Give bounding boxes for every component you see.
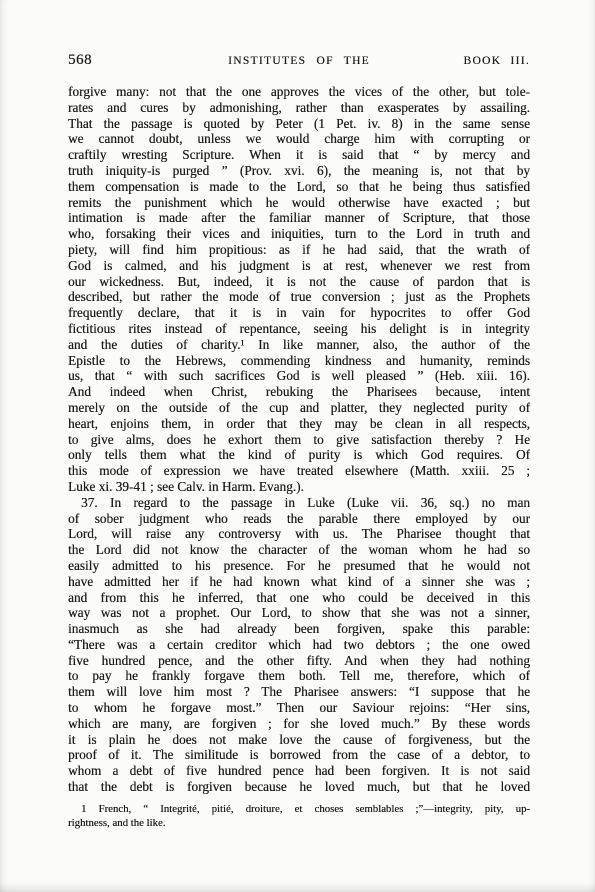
text-line: it is plain he does not make love the ca… — [68, 732, 530, 748]
text-line: inasmuch as she had already been forgive… — [68, 621, 530, 637]
book-label: BOOK III. — [450, 55, 530, 67]
text-line: Luke xi. 39-41 ; see Calv. in Harm. Evan… — [68, 479, 530, 495]
text-line: remits the punishment which he would oth… — [68, 195, 530, 211]
page-header: 568 INSTITUTES OF THE BOOK III. — [68, 52, 530, 69]
text-line: rightness, and the like. — [68, 817, 530, 831]
text-line: frequently declare, that it is in vain f… — [68, 305, 530, 321]
text-line: and the duties of charity.¹ In like mann… — [68, 337, 530, 353]
text-line: piety, will find him propitious: as if h… — [68, 242, 530, 258]
text-line: rates and cures by admonishing, rather t… — [68, 100, 530, 116]
text-line: fictitious rites instead of repentance, … — [68, 321, 530, 337]
text-line: described, but rather the mode of true c… — [68, 289, 530, 305]
text-line: God is calmed, and his judgment is at re… — [68, 258, 530, 274]
text-line: the Lord did not know the character of t… — [68, 542, 530, 558]
page-body: forgive many: not that the one approves … — [68, 84, 530, 830]
running-title: INSTITUTES OF THE — [148, 55, 450, 67]
text-line: to whom he forgave most.” Then our Savio… — [68, 700, 530, 716]
text-line: whom a debt of five hundred pence had be… — [68, 763, 530, 779]
text-line: That the passage is quoted by Peter (1 P… — [68, 116, 530, 132]
text-line: easily admitted to his presence. For he … — [68, 558, 530, 574]
text-line: have admitted her if he had known what k… — [68, 574, 530, 590]
text-line: of sober judgment who reads the parable … — [68, 511, 530, 527]
text-line: craftily wresting Scripture. When it is … — [68, 147, 530, 163]
footnote: 1 French, “ Integrité, pitié, droiture, … — [68, 803, 530, 831]
text-line: intimation is made after the familiar ma… — [68, 210, 530, 226]
text-line: forgive many: not that the one approves … — [68, 84, 530, 100]
text-line: and from this he inferred, that one who … — [68, 590, 530, 606]
text-line: proof of it. The similitude is borrowed … — [68, 747, 530, 763]
text-line: Lord, will raise any controversy with us… — [68, 526, 530, 542]
text-line: us, that “ with such sacrifices God is w… — [68, 368, 530, 384]
text-line: heart, enjoins them, in order that they … — [68, 416, 530, 432]
text-line: to give alms, does he exhort them to giv… — [68, 432, 530, 448]
text-line: who, forsaking their vices and iniquitie… — [68, 226, 530, 242]
paragraph-1: forgive many: not that the one approves … — [68, 84, 530, 495]
text-line: that the debt is forgiven because he lov… — [68, 779, 530, 795]
text-line: Epistle to the Hebrews, commending kindn… — [68, 353, 530, 369]
text-line: way was not a prophet. Our Lord, to show… — [68, 605, 530, 621]
book-page: 568 INSTITUTES OF THE BOOK III. forgive … — [0, 0, 595, 892]
page-number: 568 — [68, 52, 148, 69]
text-line: merely on the outside of the cup and pla… — [68, 400, 530, 416]
paragraph-2: 37. In regard to the passage in Luke (Lu… — [68, 495, 530, 795]
text-line: only tells them what the kind of purity … — [68, 447, 530, 463]
text-line: to pay he frankly forgave them both. Tel… — [68, 668, 530, 684]
text-line: this mode of expression we have treated … — [68, 463, 530, 479]
text-line: five hundred pence, and the other fifty.… — [68, 653, 530, 669]
text-line: our wickedness. But, indeed, it is not t… — [68, 274, 530, 290]
text-line: 37. In regard to the passage in Luke (Lu… — [68, 495, 530, 511]
text-line: 1 French, “ Integrité, pitié, droiture, … — [68, 803, 530, 817]
text-line: “There was a certain creditor which had … — [68, 637, 530, 653]
text-line: we cannot doubt, unless we would charge … — [68, 131, 530, 147]
text-line: which are many, are forgiven ; for she l… — [68, 716, 530, 732]
text-line: them compensation is made to the Lord, s… — [68, 179, 530, 195]
text-line: And indeed when Christ, rebuking the Pha… — [68, 384, 530, 400]
text-line: them will love him most ? The Pharisee a… — [68, 684, 530, 700]
text-line: truth iniquity-is purged ” (Prov. xvi. 6… — [68, 163, 530, 179]
